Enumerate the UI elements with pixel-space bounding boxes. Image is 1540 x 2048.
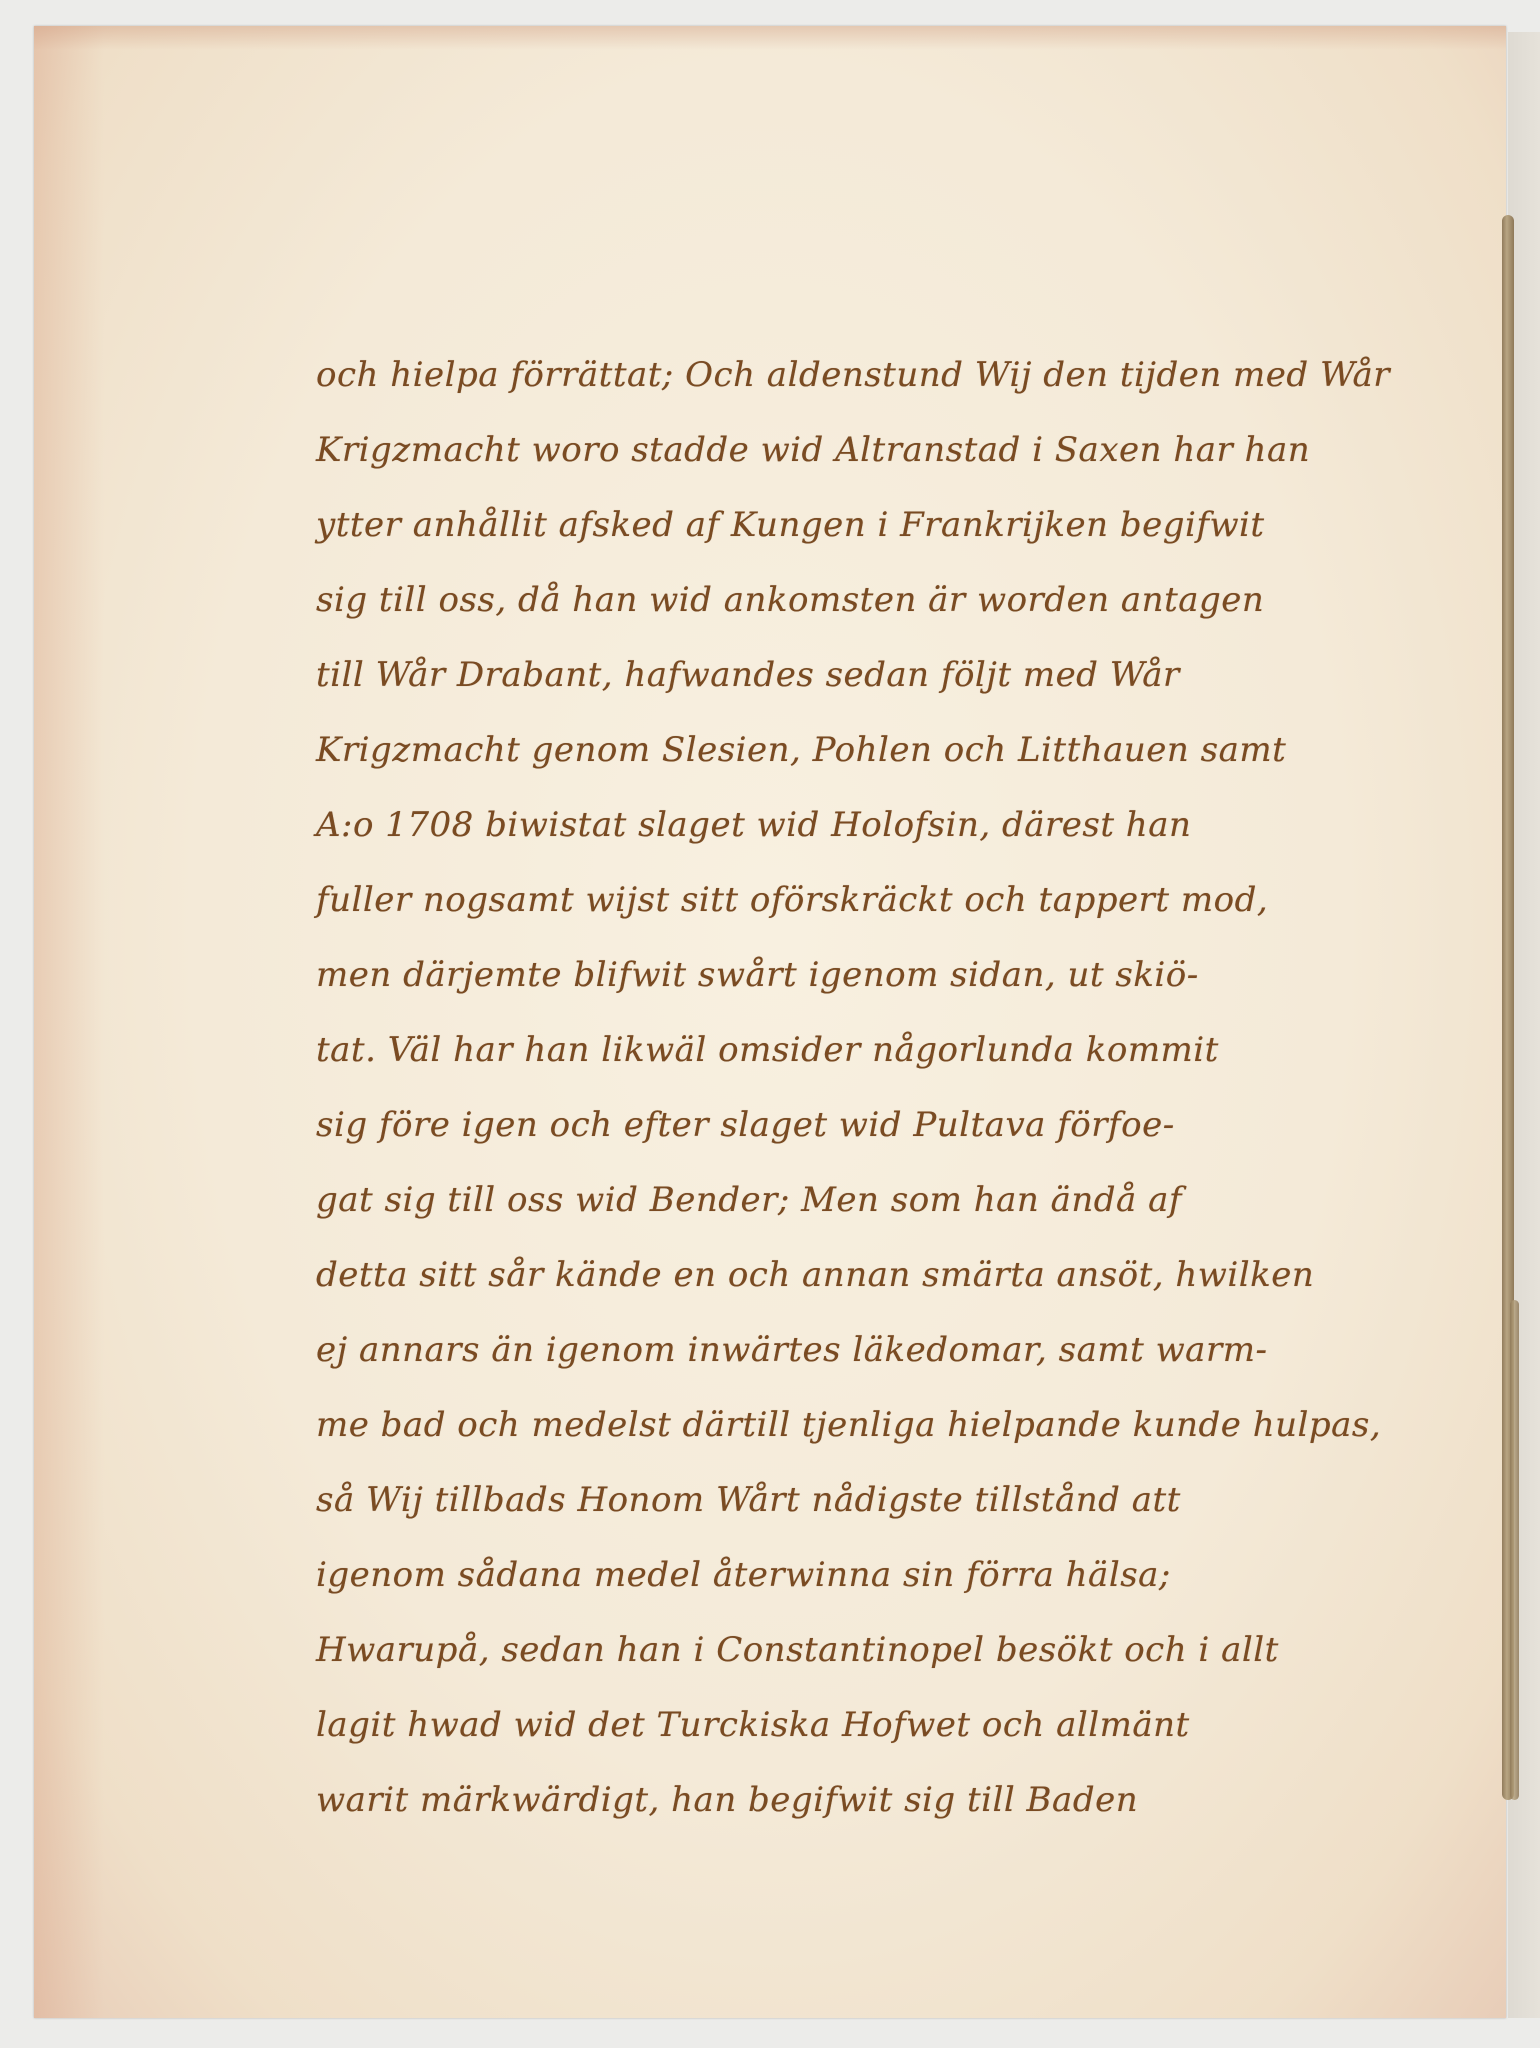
text-line: till Wår Drabant, hafwandes sedan följt …: [316, 638, 1326, 713]
text-line: lagit hwad wid det Turckiska Hofwet och …: [316, 1688, 1326, 1763]
text-line: warit märkwärdigt, han begifwit sig till…: [316, 1763, 1326, 1838]
text-line: Hwarupå, sedan han i Constantinopel besö…: [316, 1613, 1326, 1688]
text-line: ej annars än igenom inwärtes läkedomar, …: [316, 1313, 1326, 1388]
text-line: sig till oss, då han wid ankomsten är wo…: [316, 563, 1326, 638]
text-line: igenom sådana medel återwinna sin förra …: [316, 1538, 1326, 1613]
text-line: tat. Väl har han likwäl omsider någorlun…: [316, 1013, 1326, 1088]
text-line: A:o 1708 biwistat slaget wid Holofsin, d…: [316, 788, 1326, 863]
text-line: detta sitt sår kände en och annan smärta…: [316, 1238, 1326, 1313]
text-line: men därjemte blifwit swårt igenom sidan,…: [316, 938, 1326, 1013]
text-line: ytter anhållit afsked af Kungen i Frankr…: [316, 488, 1326, 563]
text-line: så Wij tillbads Honom Wårt nådigste till…: [316, 1463, 1326, 1538]
manuscript-page: och hielpa förrättat; Och aldenstund Wij…: [34, 26, 1506, 2018]
text-line: fuller nogsamt wijst sitt oförskräckt oc…: [316, 863, 1326, 938]
binding-thread-loop: [1510, 1300, 1519, 1800]
text-line: och hielpa förrättat; Och aldenstund Wij…: [316, 338, 1326, 413]
text-line: Krigzmacht genom Slesien, Pohlen och Lit…: [316, 713, 1326, 788]
text-line: Krigzmacht woro stadde wid Altranstad i …: [316, 413, 1326, 488]
handwritten-text-block: och hielpa förrättat; Och aldenstund Wij…: [316, 338, 1326, 1838]
text-line: gat sig till oss wid Bender; Men som han…: [316, 1163, 1326, 1238]
text-line: sig före igen och efter slaget wid Pulta…: [316, 1088, 1326, 1163]
text-line: me bad och medelst därtill tjenliga hiel…: [316, 1388, 1326, 1463]
